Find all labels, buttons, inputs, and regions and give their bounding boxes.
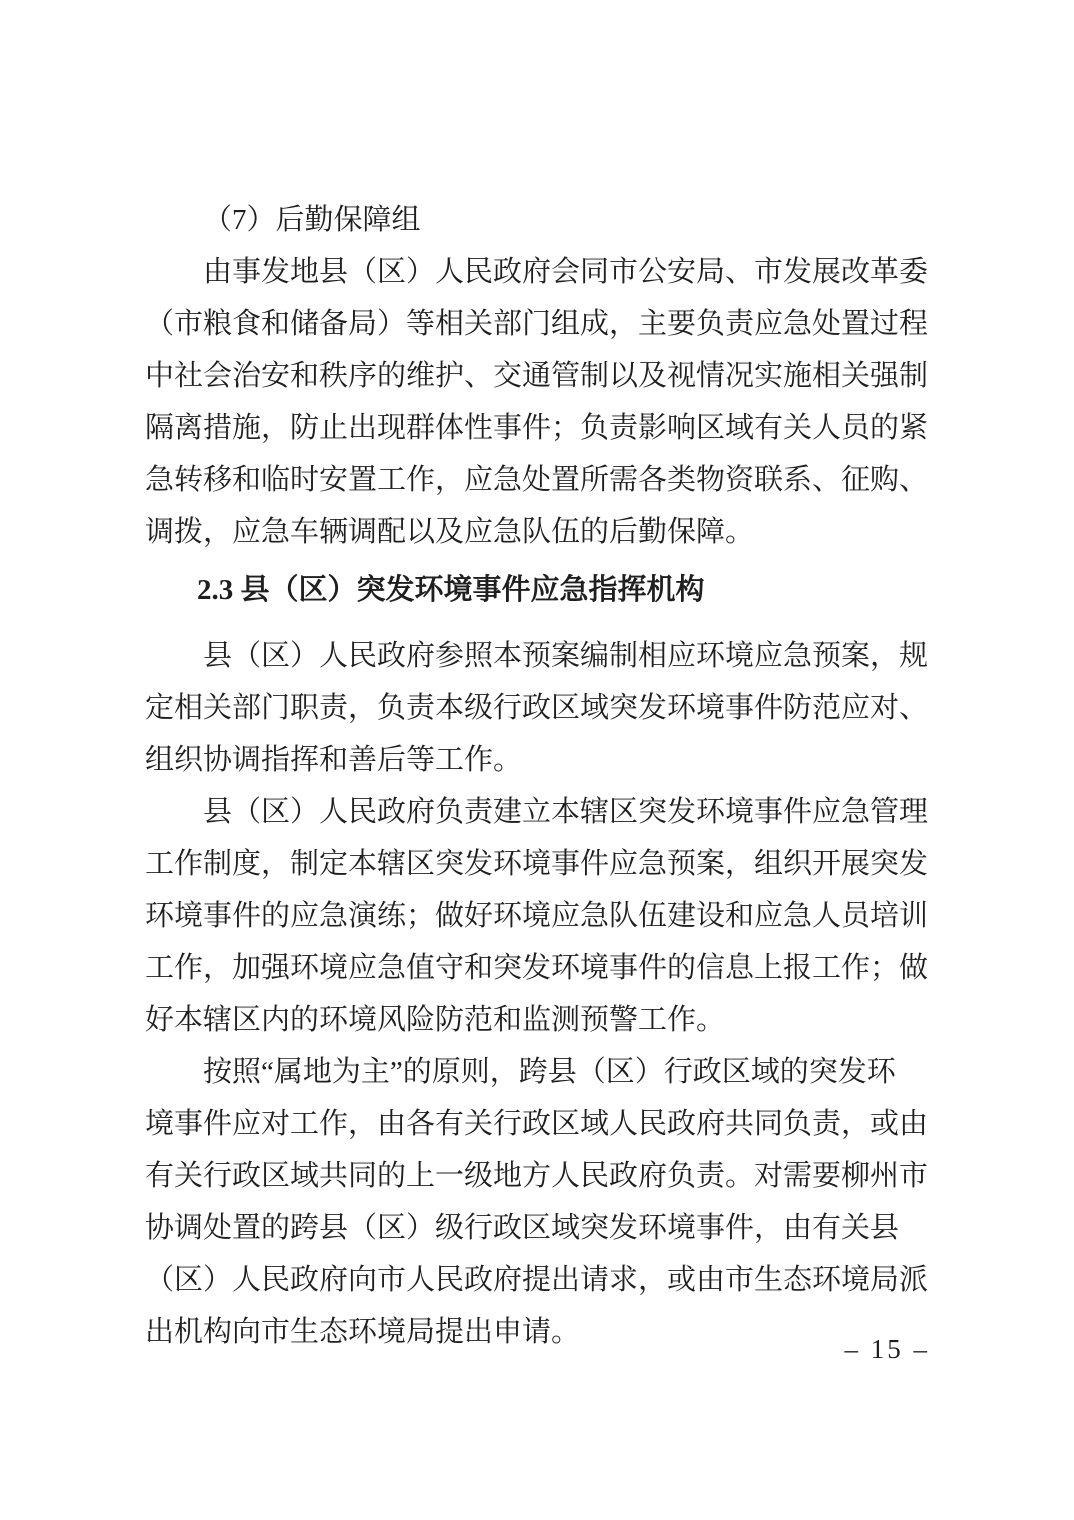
paragraph-line: 调拨，应急车辆调配以及应急队伍的后勤保障。 bbox=[145, 506, 933, 558]
page-number: – 15 – bbox=[845, 1334, 931, 1364]
paragraph-line: 工作制度，制定本辖区突发环境事件应急预案，组织开展突发 bbox=[145, 838, 933, 890]
paragraph-county-duty: 县（区）人民政府负责建立本辖区突发环境事件应急管理 工作制度，制定本辖区突发环境… bbox=[145, 786, 933, 1046]
paragraph-line: 按照“属地为主”的原则，跨县（区）行政区域的突发环 bbox=[145, 1046, 933, 1098]
paragraph-line: 由事发地县（区）人民政府会同市公安局、市发展改革委 bbox=[145, 246, 933, 298]
section-heading-2-3: 2.3 县（区）突发环境事件应急指挥机构 bbox=[145, 564, 933, 616]
paragraph-line: 急转移和临时安置工作，应急处置所需各类物资联系、征购、 bbox=[145, 454, 933, 506]
paragraph-line: 中社会治安和秩序的维护、交通管制以及视情况实施相关强制 bbox=[145, 350, 933, 402]
paragraph-line: （区）人民政府向市人民政府提出请求，或由市生态环境局派 bbox=[145, 1254, 933, 1306]
paragraph-line: 环境事件的应急演练；做好环境应急队伍建设和应急人员培训 bbox=[145, 890, 933, 942]
paragraph-line: 出机构向市生态环境局提出申请。 bbox=[145, 1306, 933, 1358]
paragraph-cross-region: 按照“属地为主”的原则，跨县（区）行政区域的突发环 境事件应对工作，由各有关行政… bbox=[145, 1046, 933, 1358]
document-page: （7）后勤保障组 由事发地县（区）人民政府会同市公安局、市发展改革委 （市粮食和… bbox=[0, 0, 1074, 1520]
paragraph-line: 县（区）人民政府参照本预案编制相应环境应急预案，规 bbox=[145, 630, 933, 682]
paragraph-line: 定相关部门职责，负责本级行政区域突发环境事件防范应对、 bbox=[145, 682, 933, 734]
paragraph-county-plan: 县（区）人民政府参照本预案编制相应环境应急预案，规 定相关部门职责，负责本级行政… bbox=[145, 630, 933, 786]
paragraph-line: 组织协调指挥和善后等工作。 bbox=[145, 734, 933, 786]
paragraph-line: （市粮食和储备局）等相关部门组成，主要负责应急处置过程 bbox=[145, 298, 933, 350]
paragraph-line: 境事件应对工作，由各有关行政区域人民政府共同负责，或由 bbox=[145, 1098, 933, 1150]
paragraph-line: 有关行政区域共同的上一级地方人民政府负责。对需要柳州市 bbox=[145, 1150, 933, 1202]
paragraph-logistics: 由事发地县（区）人民政府会同市公安局、市发展改革委 （市粮食和储备局）等相关部门… bbox=[145, 246, 933, 558]
document-text-block: （7）后勤保障组 由事发地县（区）人民政府会同市公安局、市发展改革委 （市粮食和… bbox=[145, 194, 933, 1358]
paragraph-line: 工作，加强环境应急值守和突发环境事件的信息上报工作；做 bbox=[145, 942, 933, 994]
paragraph-line: 好本辖区内的环境风险防范和监测预警工作。 bbox=[145, 994, 933, 1046]
paragraph-line: 协调处置的跨县（区）级行政区域突发环境事件，由有关县 bbox=[145, 1202, 933, 1254]
paragraph-line: 隔离措施，防止出现群体性事件；负责影响区域有关人员的紧 bbox=[145, 402, 933, 454]
item-heading: （7）后勤保障组 bbox=[145, 194, 933, 246]
paragraph-line: 县（区）人民政府负责建立本辖区突发环境事件应急管理 bbox=[145, 786, 933, 838]
